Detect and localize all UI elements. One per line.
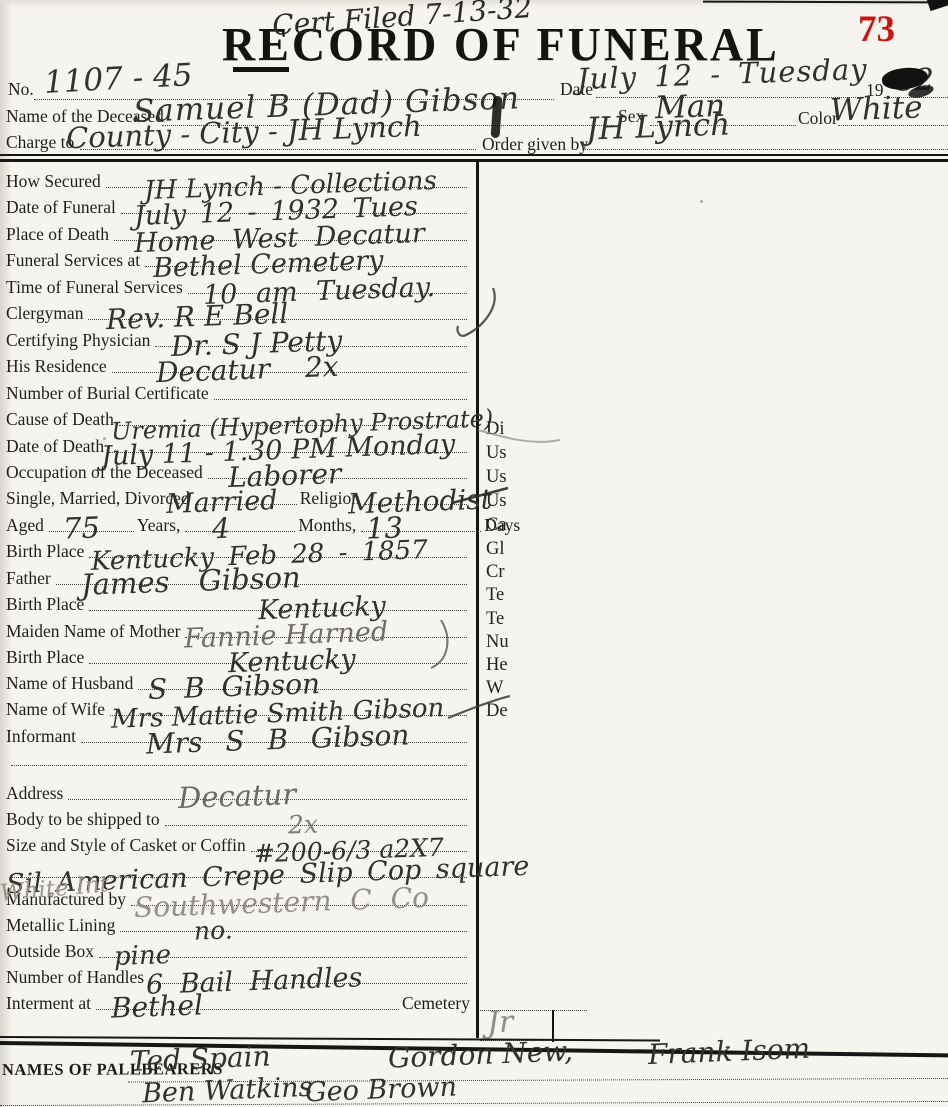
field-label: Address xyxy=(6,785,63,805)
partial-label: Us xyxy=(486,444,507,463)
partial-label: Ca xyxy=(486,516,507,535)
partial-label: W xyxy=(486,679,503,698)
field-row-date-of-funeral: Date of FuneralJuly 12 - 1932 Tues xyxy=(6,192,470,218)
field-label: Time of Funeral Services xyxy=(6,279,183,299)
partial-label: De xyxy=(486,702,508,721)
partial-label: Us xyxy=(486,468,507,487)
column-divider-line xyxy=(476,161,479,1038)
field-row-place-of-death: Place of DeathHome West Decatur xyxy=(6,219,470,245)
field-row-interment-at: Interment at Cemetery Bethel xyxy=(6,988,470,1014)
field-row-outside-box: Outside Boxpine xyxy=(6,936,470,962)
section-divider-line xyxy=(0,159,948,162)
field-row-aged: Aged Years, Months, Days 75 4 13 xyxy=(6,510,470,536)
pallbearer-name: Geo Brown xyxy=(305,1073,458,1106)
field-row-mother-maiden-name: Maiden Name of MotherFannie Harned xyxy=(6,616,470,642)
field-row-address: AddressDecatur xyxy=(6,778,470,804)
field-label: Father xyxy=(6,570,51,590)
field-row-how-secured: How SecuredJH Lynch - Collections xyxy=(6,166,470,192)
charge-to-label: Charge to xyxy=(6,134,74,152)
field-row-time-of-funeral: Time of Funeral Services10 am Tuesday. xyxy=(6,272,470,298)
field-row-name-of-wife: Name of WifeMrs Mattie Smith Gibson xyxy=(6,694,470,720)
dotted-line xyxy=(120,931,467,932)
ink-smudge xyxy=(491,96,503,139)
field-label: Number of Burial Certificate xyxy=(6,385,209,405)
field-row-number-of-handles: Number of Handles6 Bail Handles xyxy=(6,962,470,988)
partial-label: He xyxy=(486,656,508,675)
field-label: Cause of Death xyxy=(6,411,114,431)
field-label: Outside Box xyxy=(6,943,94,963)
box-note-handwriting: Jr xyxy=(486,1008,513,1039)
pallbearer-name: Gordon New, xyxy=(387,1037,573,1072)
field-label: Metallic Lining xyxy=(6,917,115,937)
partial-label: Nu xyxy=(486,633,509,652)
partial-label: Te xyxy=(486,610,504,629)
field-row-certifying-physician: Certifying PhysicianDr. S J Petty xyxy=(6,325,470,351)
field-row-clergyman: ClergymanRev. R E Bell xyxy=(6,298,470,324)
page-number: 73 xyxy=(858,8,895,51)
top-edge-line xyxy=(703,1,948,4)
field-row-funeral-services-at: Funeral Services atBethel Cemetery xyxy=(6,245,470,271)
field-row-cause-of-death: Cause of DeathUremia (Hypertophy Prostra… xyxy=(6,404,470,430)
title-underline-bar xyxy=(233,67,289,72)
field-label: Birth Place xyxy=(6,596,84,616)
field-row-metallic-lining: Metallic Liningno. xyxy=(6,910,470,936)
field-label: Certifying Physician xyxy=(6,332,150,352)
field-row-marital-religion: Single, Married, Divorced Religion Marri… xyxy=(6,483,470,509)
funeral-record-document: Cert Filed 7-13-32 RECORD OF FUNERAL 73 … xyxy=(0,0,948,1107)
field-row-father-birth-place: Birth PlaceKentucky xyxy=(6,589,470,615)
color-value: White xyxy=(829,92,923,126)
field-row-casket-size-style: Size and Style of Casket or Coffin#200-6… xyxy=(6,830,470,856)
aged-label: Aged xyxy=(6,517,44,537)
field-label: Name of Wife xyxy=(6,701,105,721)
order-given-by-label: Order given by xyxy=(482,136,588,154)
field-label: Body to be shipped to xyxy=(6,811,160,831)
partial-label: Gl xyxy=(486,540,505,559)
interment-value: Bethel xyxy=(111,991,204,1022)
pallbearer-name: Frank Isom xyxy=(647,1035,810,1069)
field-label: Maiden Name of Mother xyxy=(6,623,180,643)
partial-label: Cr xyxy=(486,563,505,582)
pallbearers-section: NAMES OF PALLBEARERS Ted Spain Gordon Ne… xyxy=(0,1034,948,1107)
field-row-name-of-husband: Name of HusbandS B Gibson xyxy=(6,668,470,694)
field-label: Single, Married, Divorced xyxy=(6,490,190,510)
field-label: Date of Funeral xyxy=(6,199,116,219)
field-label: How Secured xyxy=(6,173,101,193)
dotted-line xyxy=(185,531,295,532)
field-label: Place of Death xyxy=(6,226,109,246)
field-label: His Residence xyxy=(6,358,107,378)
dotted-line xyxy=(214,399,467,400)
field-label: Size and Style of Casket or Coffin xyxy=(6,837,246,857)
field-row-burial-certificate: Number of Burial Certificate xyxy=(6,378,470,404)
field-label: Birth Place xyxy=(6,543,84,563)
cemetery-label: Cemetery xyxy=(402,995,470,1015)
section-divider-line xyxy=(0,154,948,156)
field-label: Interment at xyxy=(6,995,91,1015)
field-row-occupation: Occupation of the DeceasedLaborer xyxy=(6,457,470,483)
field-label: Date of Death xyxy=(6,438,104,458)
field-label: Funeral Services at xyxy=(6,252,140,272)
field-row-father: FatherJames Gibson xyxy=(6,563,470,589)
field-label: Clergyman xyxy=(6,305,83,325)
partial-label: Te xyxy=(486,586,504,605)
partial-label: Us xyxy=(486,492,507,511)
field-row-date-of-death: Date of DeathJuly 11 - 1.30 PM Monday xyxy=(6,431,470,457)
blank-dotted-line-row xyxy=(6,744,470,770)
dotted-line xyxy=(582,149,948,150)
field-row-birth-place: Birth PlaceKentucky Feb 28 - 1857 xyxy=(6,536,470,562)
corner-ink-mark xyxy=(927,0,948,11)
field-row-body-shipped-to: Body to be shipped to2x xyxy=(6,804,470,830)
partial-label: Di xyxy=(486,420,505,439)
pallbearer-name: Ted Spain xyxy=(129,1042,271,1076)
years-label: Years, xyxy=(137,517,180,537)
field-row-his-residence: His ResidenceDecatur 2x xyxy=(6,351,470,377)
dotted-line xyxy=(11,765,467,766)
pallbearer-name: Ben Watkins xyxy=(142,1074,313,1107)
field-label: Birth Place xyxy=(6,649,84,669)
field-label: Name of Husband xyxy=(6,675,133,695)
order-given-by-value: JH Lynch xyxy=(586,109,731,145)
field-row-mother-birth-place: Birth PlaceKentucky xyxy=(6,642,470,668)
months-label: Months, xyxy=(298,517,356,537)
no-label: No. xyxy=(8,81,34,99)
dotted-line xyxy=(596,97,864,98)
field-label: Number of Handles xyxy=(6,969,144,989)
scan-speckle xyxy=(700,200,703,203)
field-label: Occupation of the Deceased xyxy=(6,464,203,484)
